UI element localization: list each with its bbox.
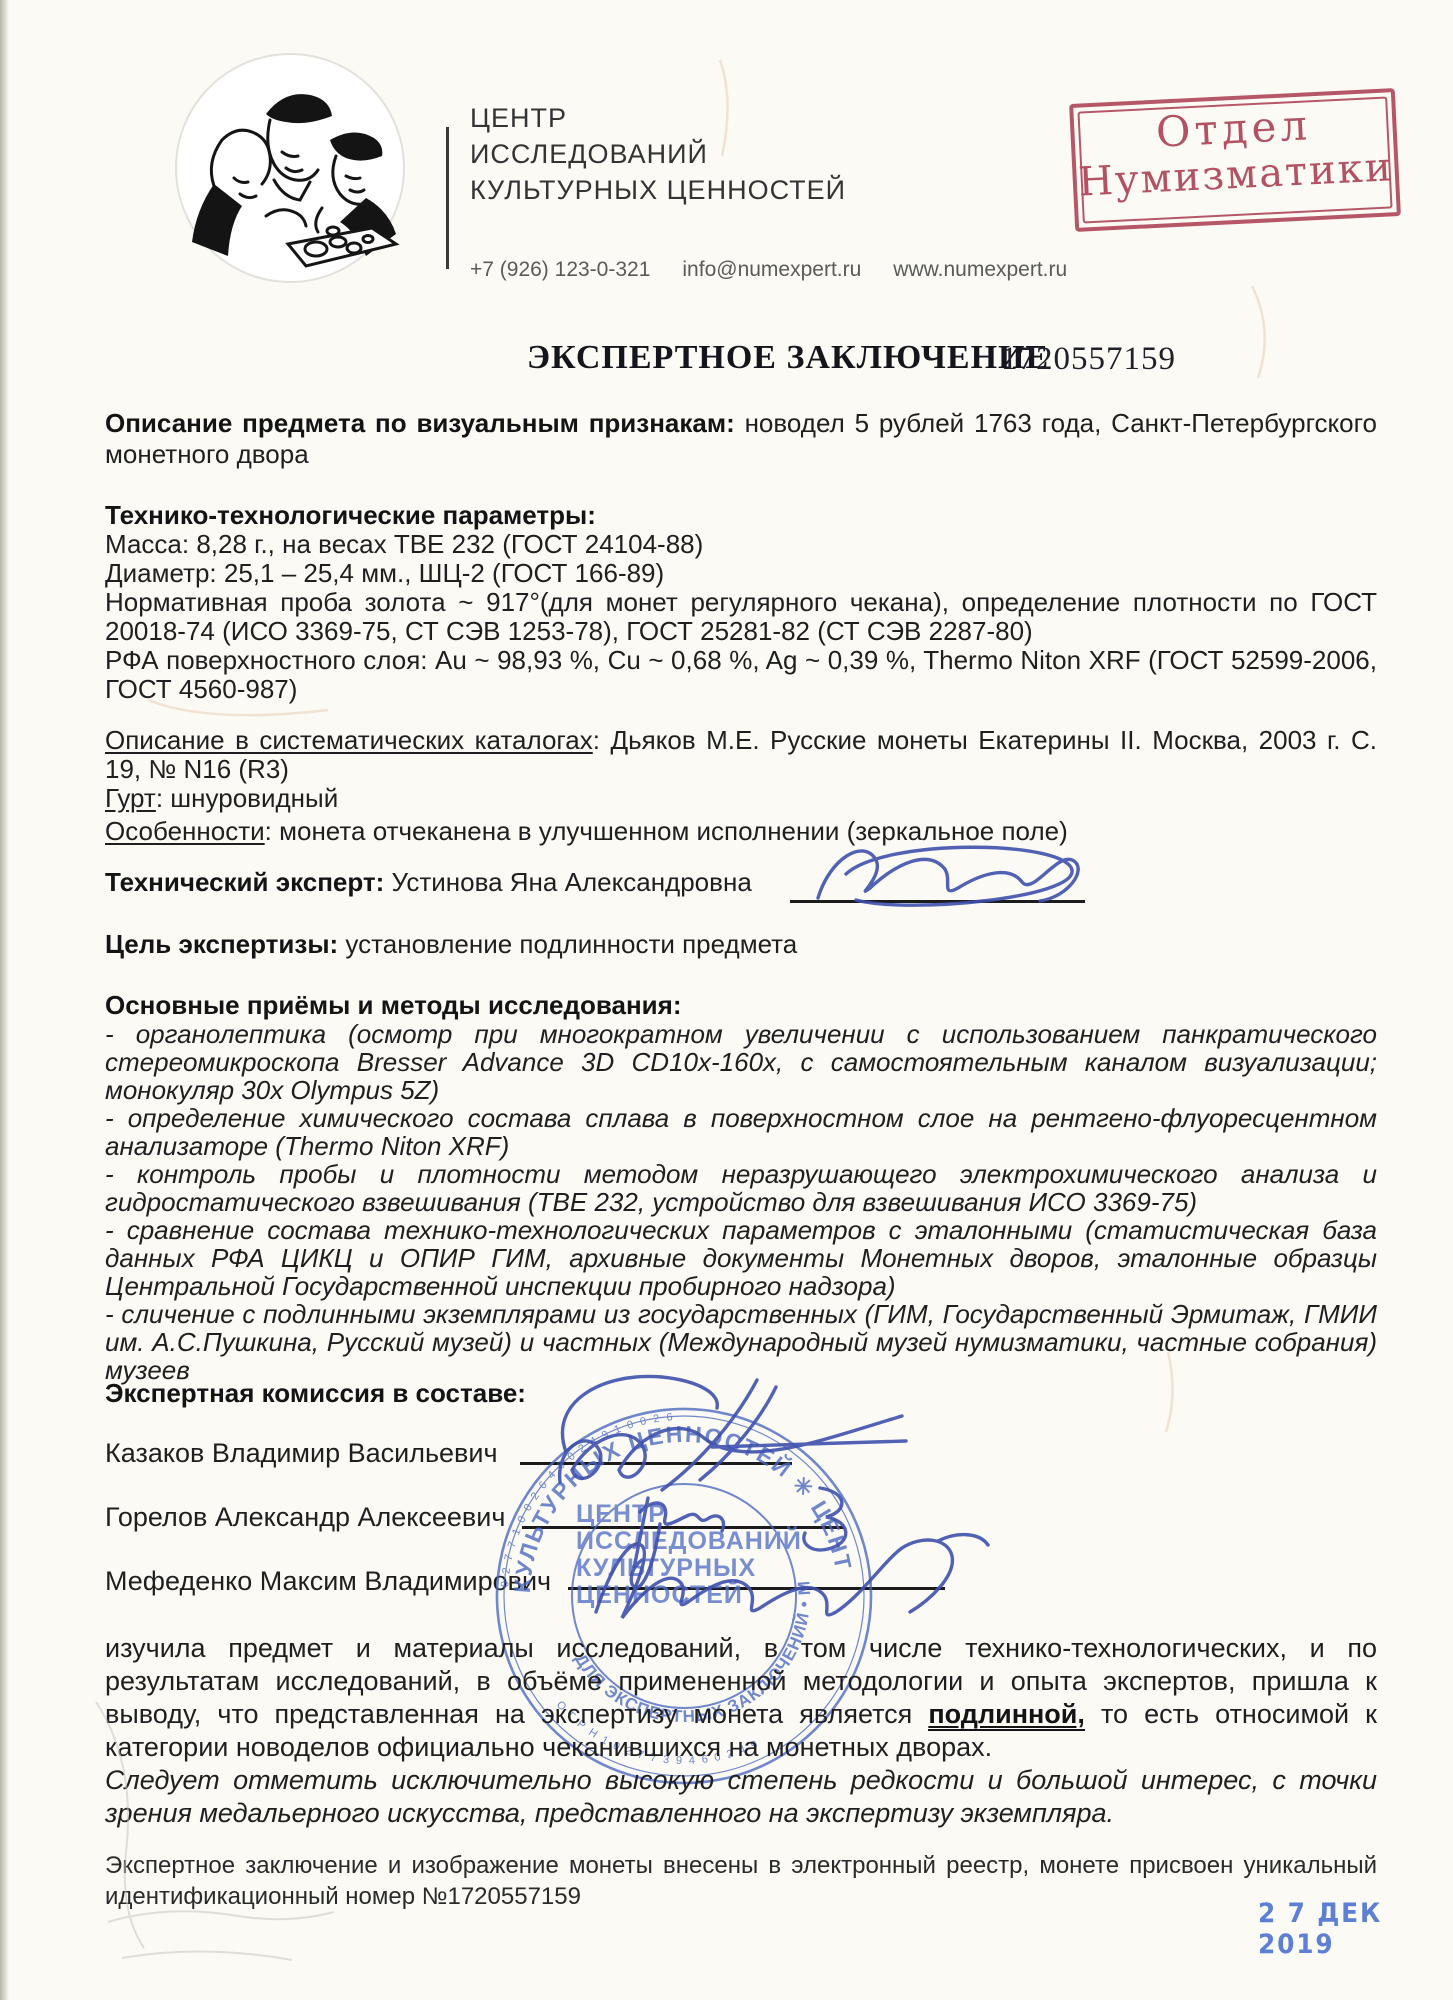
commission-member-2: Горелов Александр Алексеевич — [105, 1502, 505, 1533]
edge-text: : шнуровидный — [156, 783, 338, 813]
stamp-center-line1: ЦЕНТР — [576, 1500, 666, 1528]
org-name-line2: ИССЛЕДОВАНИЙ — [470, 136, 846, 172]
org-name: ЦЕНТР ИССЛЕДОВАНИЙ КУЛЬТУРНЫХ ЦЕННОСТЕЙ — [470, 100, 846, 208]
scan-edge-shadow — [0, 0, 9, 2000]
method-item: - органолептика (осмотр при многократном… — [105, 1020, 1377, 1104]
commission-member-1: Казаков Владимир Васильевич — [105, 1438, 498, 1469]
edge-label: Гурт — [105, 783, 156, 813]
website: www.numexpert.ru — [893, 258, 1067, 282]
date-stamp: 2 7 ДЕК 2019 — [1258, 1898, 1437, 1960]
org-name-line1: ЦЕНТР — [470, 100, 846, 136]
header-divider — [446, 127, 449, 269]
document-title: ЭКСПЕРТНОЕ ЗАКЛЮЧЕНИЕ — [527, 339, 1049, 377]
method-item: - сравнение состава технико-технологичес… — [105, 1216, 1377, 1300]
methods-label: Основные приёмы и методы исследования: — [105, 990, 682, 1020]
conclusion-verdict: подлинной, — [928, 1699, 1085, 1731]
stamp-center-line4: ЦЕННОСТЕЙ — [576, 1579, 743, 1609]
section-tech-expert: Технический эксперт: Устинова Яна Алекса… — [105, 867, 1377, 898]
goal-text: установление подлинности предмета — [345, 929, 797, 959]
section-conclusion: изучила предмет и материалы исследований… — [105, 1632, 1377, 1830]
scanned-document-page: { "header": { "org_lines": ["ЦЕНТР", "ИС… — [0, 0, 1453, 2000]
section-catalogs: Описание в систематических каталогах: Дь… — [105, 726, 1377, 846]
section-visual-description: Описание предмета по визуальным признака… — [105, 408, 1377, 470]
numismatics-department-stamp: Отдел Нумизматики — [1069, 88, 1401, 232]
stamp-center-line2: ИССЛЕДОВАНИЙ — [576, 1525, 802, 1555]
commission-member-3: Мефеденко Максим Владимирович — [105, 1566, 551, 1597]
numismatists-logo — [170, 48, 410, 293]
catalogs-label: Описание в систематических каталогах — [105, 725, 593, 755]
document-number: 1720557159 — [1001, 341, 1176, 378]
method-item: - контроль пробы и плотности методом нер… — [105, 1160, 1377, 1216]
registry-note: Экспертное заключение и изображение моне… — [105, 1850, 1377, 1912]
phone-number: +7 (926) 123-0-321 — [470, 258, 650, 282]
tech-param-xrf: РФА поверхностного слоя: Au ~ 98,93 %, C… — [105, 646, 1377, 704]
features-text: : монета отчеканена в улучшенном исполне… — [265, 816, 1068, 846]
method-item: - определение химического состава сплава… — [105, 1104, 1377, 1160]
tech-param-assay: Нормативная проба золота ~ 917°(для моне… — [105, 588, 1377, 646]
visual-label: Описание предмета по визуальным признака… — [105, 408, 735, 438]
section-goal: Цель экспертизы: установление подлинност… — [105, 929, 1377, 960]
stamp-inner-border — [1077, 96, 1392, 223]
email: info@numexpert.ru — [682, 258, 861, 282]
commission-label: Экспертная комиссия в составе: — [105, 1378, 526, 1408]
tech-param-mass: Масса: 8,28 г., на весах ТВЕ 232 (ГОСТ 2… — [105, 530, 1377, 559]
tech-expert-name: Устинова Яна Александровна — [392, 867, 752, 897]
tech-params-label: Технико-технологические параметры: — [105, 500, 596, 530]
tech-param-diameter: Диаметр: 25,1 – 25,4 мм., ШЦ-2 (ГОСТ 166… — [105, 559, 1377, 588]
conclusion-note: Следует отметить исключительно высокую с… — [105, 1764, 1377, 1830]
contact-line: +7 (926) 123-0-321 info@numexpert.ru www… — [470, 258, 1067, 282]
stamp-center-line3: КУЛЬТУРНЫХ — [576, 1554, 756, 1582]
org-name-line3: КУЛЬТУРНЫХ ЦЕННОСТЕЙ — [470, 172, 846, 208]
features-label: Особенности — [105, 816, 265, 846]
method-item: - сличение с подлинными экземплярами из … — [105, 1300, 1377, 1384]
section-tech-params: Технико-технологические параметры: Масса… — [105, 501, 1377, 704]
section-methods: Основные приёмы и методы исследования: -… — [105, 991, 1377, 1384]
goal-label: Цель экспертизы: — [105, 929, 338, 959]
tech-expert-signature-line — [790, 900, 1085, 903]
tech-expert-label: Технический эксперт: — [105, 867, 384, 897]
